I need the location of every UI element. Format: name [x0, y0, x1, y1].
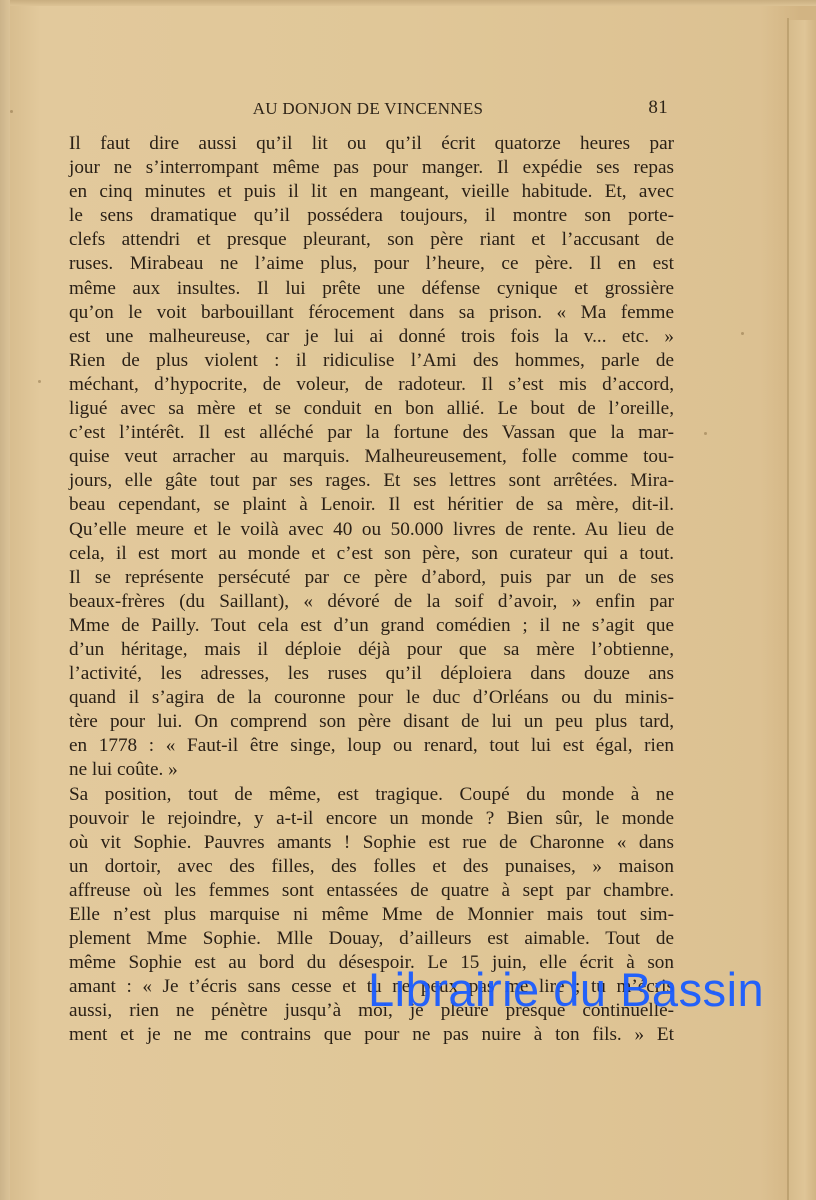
text-line: beaux-frères (du Saillant), « dévoré de …: [69, 590, 674, 614]
paper-speck: [10, 110, 13, 113]
text-line: ruses. Mirabeau ne l’aime plus, pour l’h…: [69, 252, 674, 276]
text-line: Il faut dire aussi qu’il lit ou qu’il éc…: [69, 132, 674, 156]
watermark: Librairie du Bassin: [368, 962, 764, 1017]
text-line: qu’on le voit barbouillant férocement da…: [69, 301, 674, 325]
text-line: même aux insultes. Il lui prête une défe…: [69, 277, 674, 301]
text-line: quand il s’agira de la couronne pour le …: [69, 686, 674, 710]
text-line: c’est l’intérêt. Il est alléché par la f…: [69, 421, 674, 445]
paper-speck: [704, 432, 707, 435]
text-line: cela, il est mort au monde et c’est son …: [69, 542, 674, 566]
text-line: un dortoir, avec des filles, des folles …: [69, 855, 674, 879]
text-line: est une malheureuse, car je lui ai donné…: [69, 325, 674, 349]
text-line: tère pour lui. On comprend son père disa…: [69, 710, 674, 734]
text-line: l’activité, les adresses, les ruses qu’i…: [69, 662, 674, 686]
text-line: pouvoir le rejoindre, y a-t-il encore un…: [69, 807, 674, 831]
text-line: où vit Sophie. Pauvres amants ! Sophie e…: [69, 831, 674, 855]
text-line: Il se représente persécuté par ce père d…: [69, 566, 674, 590]
text-line: Rien de plus violent : il ridiculise l’A…: [69, 349, 674, 373]
text-line: d’un héritage, mais il déploie déjà pour…: [69, 638, 674, 662]
text-line: jours, elle gâte tout par ses rages. Et …: [69, 469, 674, 493]
text-line: Mme de Pailly. Tout cela est d’un grand …: [69, 614, 674, 638]
running-header: AU DONJON DE VINCENNES 81: [68, 97, 668, 123]
text-line: affreuse où les femmes sont entassées de…: [69, 879, 674, 903]
page-number: 81: [648, 97, 668, 119]
paper-speck: [741, 332, 744, 335]
page-right-edge: [788, 20, 816, 1200]
text-line: jour ne s’interrompant même pas pour man…: [69, 156, 674, 180]
text-line: plement Mme Sophie. Mlle Douay, d’ailleu…: [69, 927, 674, 951]
text-line: en cinq minutes et puis il lit en mangea…: [69, 180, 674, 204]
text-line: le sens dramatique qu’il possédera toujo…: [69, 204, 674, 228]
text-line: ne lui coûte. »: [69, 758, 674, 782]
text-line: Elle n’est plus marquise ni même Mme de …: [69, 903, 674, 927]
text-line: quise veut arracher au marquis. Malheure…: [69, 445, 674, 469]
text-line: ment et je ne me contrains que pour ne p…: [69, 1023, 674, 1047]
book-page: AU DONJON DE VINCENNES 81 Il faut dire a…: [0, 0, 816, 1200]
text-line: Sa position, tout de même, est tragique.…: [69, 783, 674, 807]
paper-speck: [38, 380, 41, 383]
binding-edge: [0, 0, 10, 1200]
body-text: Il faut dire aussi qu’il lit ou qu’il éc…: [69, 132, 674, 1048]
text-line: clefs attendri et presque pleurant, son …: [69, 228, 674, 252]
text-line: beau cependant, se plaint à Lenoir. Il e…: [69, 493, 674, 517]
text-line: ligué avec sa mère et se conduit en bon …: [69, 397, 674, 421]
text-line: en 1778 : « Faut-il être singe, loup ou …: [69, 734, 674, 758]
page-fold-line: [787, 18, 789, 1200]
text-line: Qu’elle meure et le voilà avec 40 ou 50.…: [69, 518, 674, 542]
running-title: AU DONJON DE VINCENNES: [68, 99, 668, 119]
page-top-edge: [0, 0, 816, 6]
text-line: méchant, d’hypocrite, de voleur, de rado…: [69, 373, 674, 397]
